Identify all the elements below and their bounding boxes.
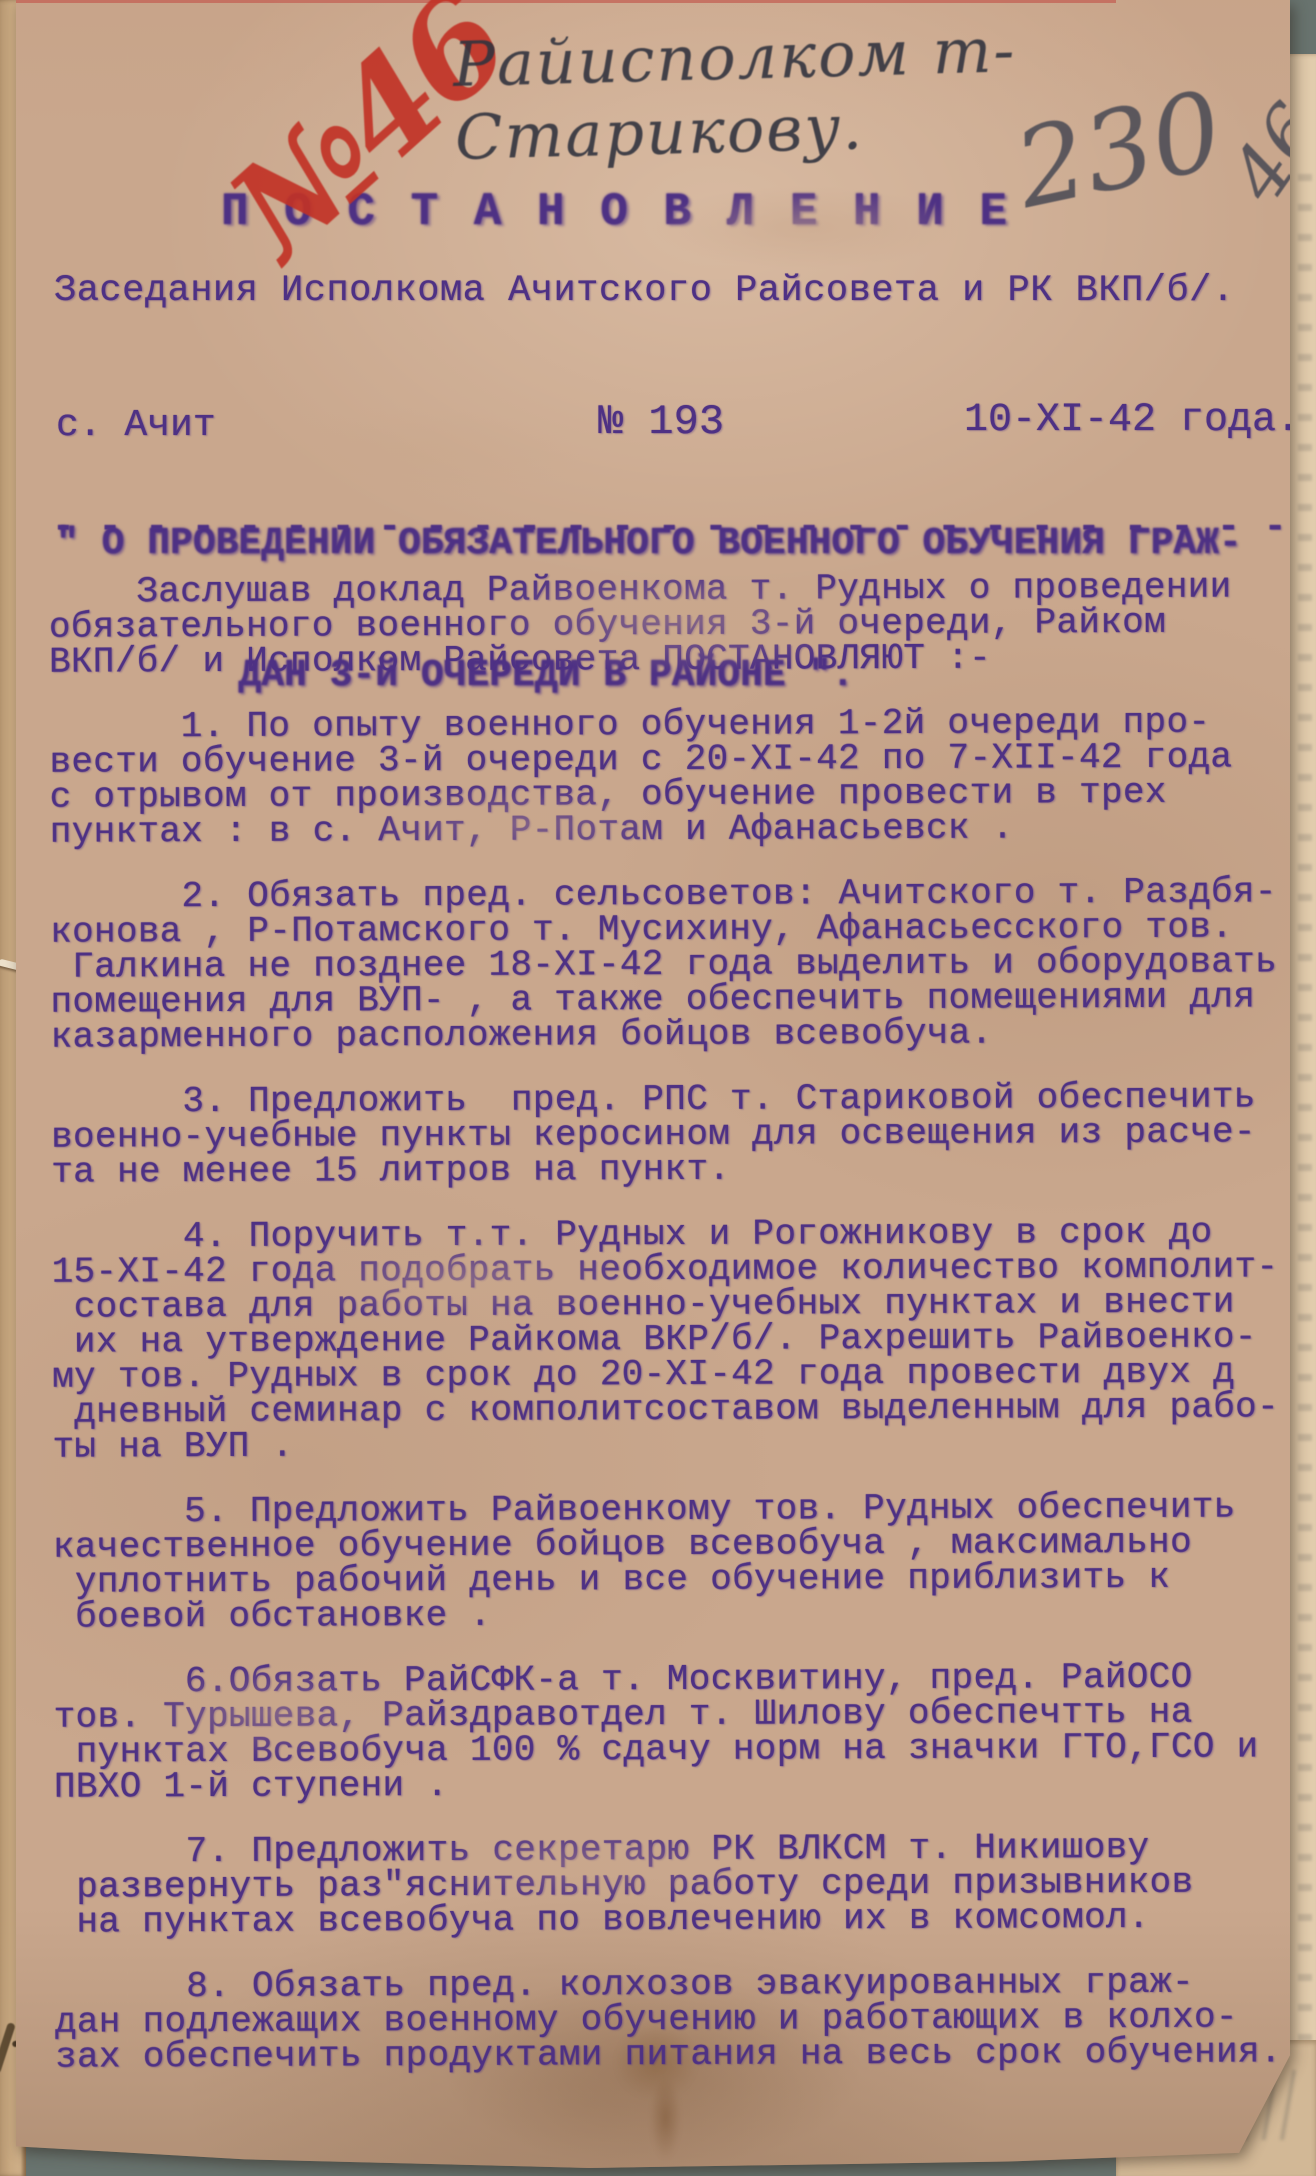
typed-paragraph: 4. Поручить т.т. Рудных и Рогожникову в … [51,1214,1312,1464]
typed-line: казарменного расположения бойцов всевобу… [51,1014,1311,1054]
document-sheet: П О С Т А Н О В Л Е Н И Е Заседания Испо… [16,0,1290,2168]
paper-surface: П О С Т А Н О В Л Е Н И Е Заседания Испо… [16,0,1290,2168]
typed-body: Заслушав доклад Райвоенкома т. Рудных о … [49,569,1316,2104]
document-subtitle: Заседания Исполкома Ачитского Райсовета … [54,270,1235,312]
typed-paragraph: 1. По опыту военного обучения 1-2й очере… [49,704,1310,849]
typed-line: уплотнить рабочий день и все обучение пр… [53,1559,1313,1599]
typed-paragraph: Заслушав доклад Райвоенкома т. Рудных о … [49,569,1309,679]
typed-line: ПВХО 1-й ступени . [54,1764,1314,1804]
scanned-document-page: { "document": { "handwritten": { "red_nu… [0,0,1316,2176]
typed-paragraph: 5. Предложить Райвоенкому тов. Рудных об… [53,1489,1314,1634]
paper-top-edge-mark [16,0,1116,3]
typed-paragraph: 8. Обязать пред. колхозов эвакуированных… [55,1964,1315,2074]
stitch-thread [0,2022,16,2074]
typed-paragraph: 2. Обязать пред. сельсоветов: Ачитского … [50,874,1311,1054]
typed-line: на пунктах всевобуча по вовлечению их в … [54,1899,1314,1939]
typed-line: пунктах Всевобуча 100 % сдачу норм на зн… [54,1729,1314,1769]
typed-line: зах обеспечить продуктами питания на вес… [55,2034,1315,2074]
typed-line: та не менее 15 литров на пункт. [51,1149,1311,1189]
typed-line: боевой обстановке . [53,1594,1313,1634]
dashed-underline: - - - - - - - - - - - - - - - - - - - - … [52,506,1316,549]
underlying-page-faint-text [1298,174,1312,2074]
typed-line: пунктах : в с. Ачит, Р-Потам и Афанасьев… [50,809,1310,849]
typed-line: дневный семинар с комполитсоставом выдел… [52,1389,1312,1429]
typed-paragraph: 6.Обязать РайСФК-а т. Москвитину, пред. … [53,1659,1314,1804]
typed-line: ВКП/б/ и Исполком Райсовета ПОСТАНОВЛЯЮТ… [49,639,1309,679]
typed-line: ты на ВУП . [52,1424,1312,1464]
typed-paragraph: 3. Предложить пред. РПС т. Стариковой об… [51,1079,1311,1189]
typed-paragraph: 7. Предложить секретарю РК ВЛКСМ т. Ники… [54,1829,1314,1939]
